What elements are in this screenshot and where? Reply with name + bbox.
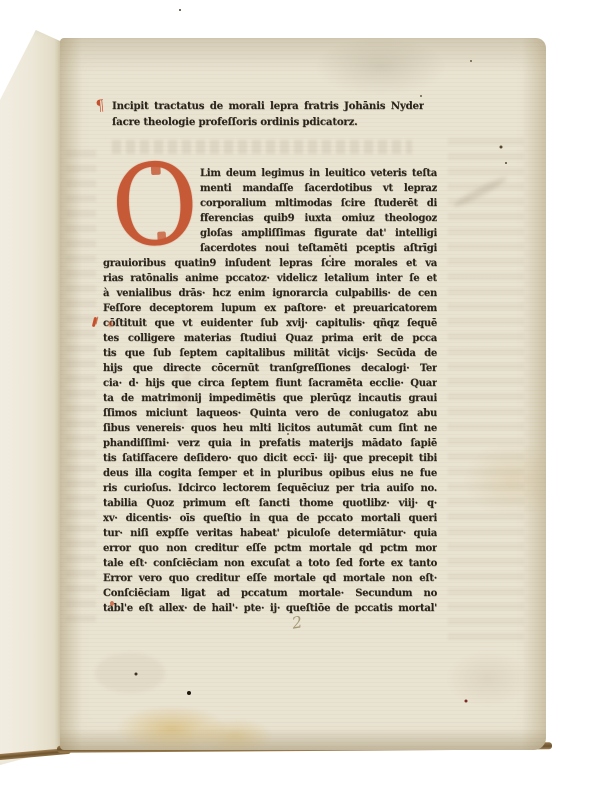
smudge-stain — [95, 653, 165, 693]
text-line: Feſſore deceptorem lupum ex paſtore· et … — [103, 301, 437, 316]
text-line: ſibus venereis· quos heu mlti licitos au… — [103, 421, 437, 436]
text-line: tabilia Quoz primum eſt ſancti thome quo… — [103, 496, 437, 511]
text-line: rias ratōnalis anime pccatoz· videlicz l… — [103, 271, 437, 286]
text-line: xv· dicentis· oīs queſtio in qua de pcca… — [103, 511, 437, 526]
text-line: ſſimos miciunt laqueos· Quinta vero de c… — [103, 406, 437, 421]
ink-bleed-left-margin — [66, 150, 96, 630]
vellum-cover-edge — [0, 30, 65, 765]
text-line: fferencias quib9 iuxta omiuz theologoz — [200, 211, 437, 226]
ink-bleed-right-margin — [448, 138, 524, 643]
text-line: error quo non creditur eſſe pctm mortale… — [103, 541, 437, 556]
rubric-margin-mark — [92, 317, 97, 327]
text-line: cōſtituit que vt euidenter ſub xvij· cap… — [103, 316, 437, 331]
rubric-pilcrow-icon: ¶ — [95, 97, 105, 115]
book-photo: ¶ Incipit tractatus de morali lepra frat… — [0, 0, 597, 800]
red-ink-dot — [110, 601, 114, 606]
text-line: Conſciēciam ligat ad pccatum mortale· Se… — [103, 586, 437, 601]
text-line: ſacerdotes noui teſtamēti pceptis aſtrīg… — [200, 241, 437, 256]
smudge-stain — [452, 174, 509, 209]
text-line: à venialibus drās· hcz enim ignorarcia c… — [103, 286, 437, 301]
text-line: tur· niſi expſſe veritas habeat' piculoſ… — [103, 526, 437, 541]
text-line: hijs que directe cōcernūt tranſgreſſione… — [103, 361, 437, 376]
rubricated-initial-letter: O — [109, 162, 199, 254]
heading-line: ſacre theologie profeſſoris ordinis pdic… — [112, 114, 424, 130]
text-line: ta de matrimonij impedimētis que plerūqz… — [103, 391, 437, 406]
text-line: cia· d· hijs que circa ſeptem fiunt ſacr… — [103, 376, 437, 391]
text-line: tes colligere materias ſtudiui Quaz prim… — [103, 331, 437, 346]
text-line: deus illa cogita ſemper et in pluribus o… — [103, 466, 437, 481]
text-line: gloſas ampliſſimas figurate dat' intelli… — [200, 226, 437, 241]
paper-specks — [179, 9, 181, 11]
text-line: ris curioſus. Idcirco lectorem ſequēciuz… — [103, 481, 437, 496]
text-line: Lim deum legimus in leuitico veteris teſ… — [200, 166, 437, 181]
text-line: tis que ſub ſeptem capitalibus militāt v… — [103, 346, 437, 361]
text-line: phandiſſimi· verz quia in prefatis mater… — [103, 436, 437, 451]
incunable-page: ¶ Incipit tractatus de morali lepra frat… — [60, 38, 546, 750]
body-text-block: O Lim deum legimus in leuitico veteris t… — [103, 166, 437, 616]
text-line: tabl'e eſt allex· de hail'· pte· ij· que… — [103, 601, 437, 616]
red-ink-speck — [108, 321, 113, 327]
heading-line: Incipit tractatus de morali lepra fratri… — [112, 98, 424, 114]
text-line: corporalium mltimodas ſcire ſtuderēt di — [200, 196, 437, 211]
text-line: tale eſt· conſciēciam non excuſat a toto… — [103, 556, 437, 571]
text-line: Error vero quo creditur eſſe mortale qd … — [103, 571, 437, 586]
text-line: menti mandaſſe ſacerdotibus vt lepraz — [200, 181, 437, 196]
incipit-heading: ¶ Incipit tractatus de morali lepra frat… — [112, 98, 424, 130]
text-line: tis ſatiſfacere deſidero· quo dicit eccī… — [103, 451, 437, 466]
